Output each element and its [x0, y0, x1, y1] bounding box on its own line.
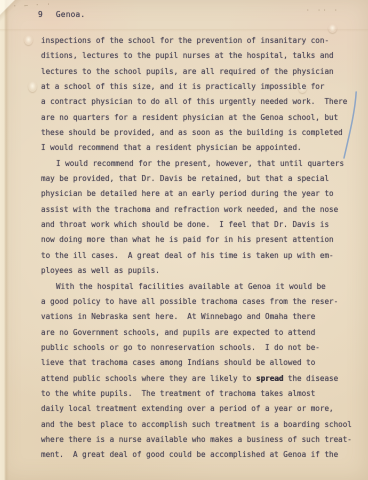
- text-line: to the white pupils. The treatment of tr…: [41, 386, 361, 401]
- text-line: are no Government schools, and pupils ar…: [41, 325, 361, 340]
- paper-dimple: [28, 80, 37, 92]
- document-body: inspections of the school for the preven…: [41, 33, 361, 463]
- text-line: lieve that trachoma cases among Indians …: [41, 355, 361, 370]
- horizontal-crease: [0, 29, 368, 32]
- text-line: assist with the trachoma and refraction …: [41, 202, 361, 217]
- text-line: ditions, lectures to the pupil nurses at…: [41, 48, 361, 63]
- text-line: to the ill cases. A great deal of his ti…: [41, 248, 361, 263]
- text-line: vations in Nebraska sent here. At Winneb…: [41, 309, 361, 324]
- text-line: ployees as well as pupils.: [41, 263, 361, 278]
- text-line: attend public schools where they are lik…: [41, 371, 361, 386]
- page-header: 9 Genoa.: [38, 10, 85, 19]
- pencil-scribble-top-left: · ‒ · ·: [13, 1, 53, 10]
- paper-dimple: [328, 23, 337, 33]
- text-line: I would recommend that a resident physic…: [41, 140, 361, 155]
- text-line: may be provided, that Dr. Davis be retai…: [41, 171, 361, 186]
- text-line: lectures to the school pupils, are all r…: [41, 64, 361, 79]
- text-line: public schools or go to nonreservation s…: [41, 340, 361, 355]
- page-number: 9: [38, 10, 43, 19]
- text-line: a good policy to have all possible trach…: [41, 294, 361, 309]
- text-line: inspections of the school for the preven…: [41, 33, 361, 48]
- text-line: at a school of this size, and it is prac…: [41, 79, 361, 94]
- text-line: and throat work which should be done. I …: [41, 217, 361, 232]
- text-line: and the best place to accomplish such tr…: [41, 417, 361, 432]
- text-line: these should be provided, and as soon as…: [41, 125, 361, 140]
- text-line: where there is a nurse available who mak…: [41, 432, 361, 447]
- text-line: now doing more than what he is paid for …: [41, 232, 361, 247]
- pencil-scribble-top-right: · ·· ·: [306, 7, 340, 14]
- text-line: With the hospital facilities available a…: [41, 279, 361, 294]
- page-left-edge: [0, 0, 10, 480]
- text-line: are no quarters for a resident physician…: [41, 110, 361, 125]
- text-line: daily local treatment extending over a p…: [41, 401, 361, 416]
- paper-dimple: [24, 34, 33, 45]
- text-line: I would recommend for the present, howev…: [41, 156, 361, 171]
- scanned-typewritten-page: · ‒ · · · ·· · 9 Genoa. inspections of t…: [0, 0, 368, 480]
- text-line: physician be detailed here at an early p…: [41, 186, 361, 201]
- text-line: ment. A great deal of good could be acco…: [41, 447, 361, 462]
- page-title: Genoa.: [56, 10, 85, 19]
- text-line: a contract physician to do all of this u…: [41, 94, 361, 109]
